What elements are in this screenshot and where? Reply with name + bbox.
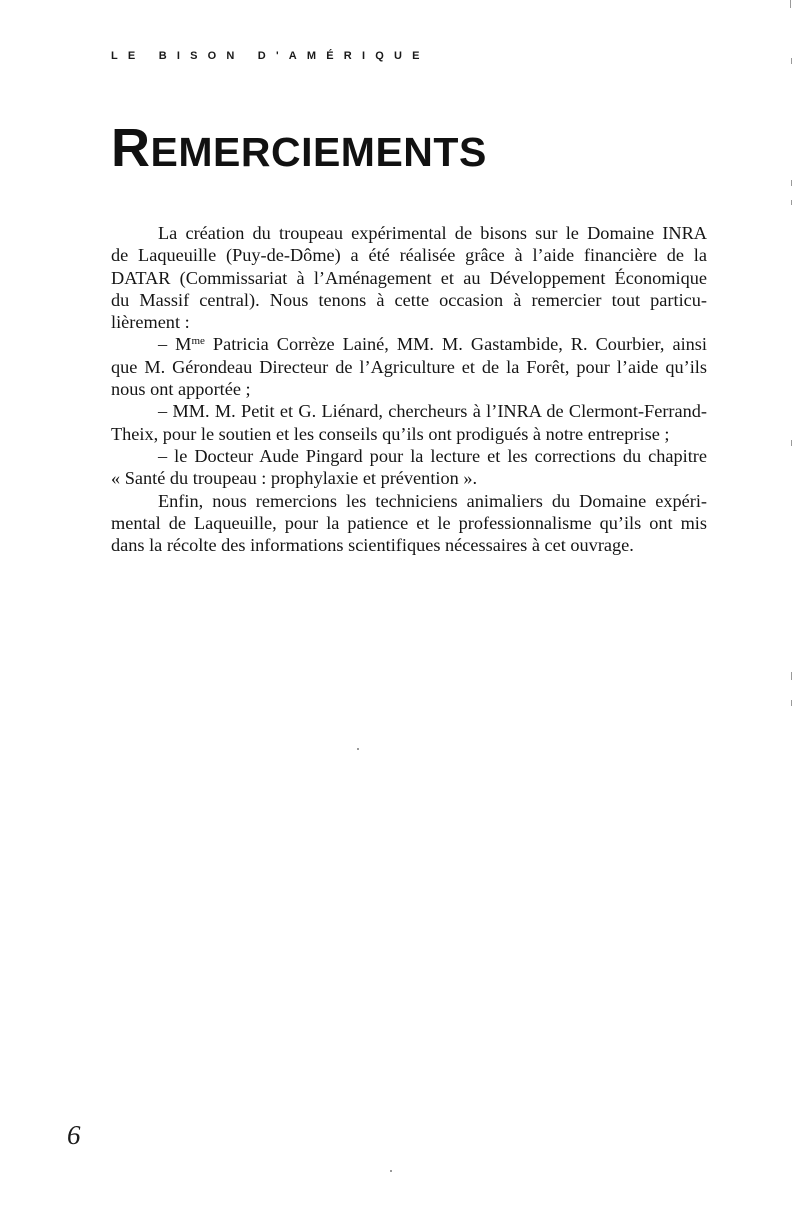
text-line: Theix, pour le soutien et les conseils q… <box>111 423 707 445</box>
scan-artifact <box>791 180 792 186</box>
running-header: LE BISON D'AMÉRIQUE <box>111 50 430 62</box>
scan-artifact <box>791 58 792 64</box>
text-line: DATAR (Commissariat à l’Aménagement et a… <box>111 267 707 289</box>
acknowledgements-body: La création du troupeau expérimental de … <box>111 222 707 556</box>
paragraph-funding: La création du troupeau expérimental de … <box>111 222 707 333</box>
thanks-item-doctor: – le Docteur Aude Pingard pour la lectur… <box>111 445 707 490</box>
scan-artifact <box>791 200 792 205</box>
text-line: « Santé du troupeau : prophylaxie et pré… <box>111 467 707 489</box>
text-line: La création du troupeau expérimental de … <box>111 222 707 244</box>
scan-artifact <box>790 0 791 8</box>
chapter-title-initial: R <box>111 118 151 178</box>
text-line: dans la récolte des informations scienti… <box>111 534 707 556</box>
text-line: du Massif central). Nous tenons à cette … <box>111 289 707 311</box>
item-dash-prefix: – M <box>158 334 191 354</box>
page-number: 6 <box>67 1120 81 1151</box>
paragraph-technicians: Enfin, nous remercions les techniciens a… <box>111 490 707 557</box>
chapter-title: REMERCIEMENTS <box>111 121 487 175</box>
text-line: – MM. M. Petit et G. Liénard, chercheurs… <box>111 400 707 422</box>
text-line: que M. Gérondeau Directeur de l’Agricult… <box>111 356 707 378</box>
chapter-title-rest: EMERCIEMENTS <box>151 129 487 175</box>
thanks-item-researchers: – MM. M. Petit et G. Liénard, chercheurs… <box>111 400 707 445</box>
superscript-me: me <box>191 335 204 347</box>
text-line: nous ont apportée ; <box>111 378 707 400</box>
scan-artifact <box>357 748 359 750</box>
scan-artifact <box>791 440 792 446</box>
thanks-item-officials: – Mme Patricia Corrèze Lainé, MM. M. Gas… <box>111 333 707 400</box>
text-line: – Mme Patricia Corrèze Lainé, MM. M. Gas… <box>111 333 707 355</box>
item-first-line-rest: Patricia Corrèze Lainé, MM. M. Gastambid… <box>205 334 707 354</box>
scan-artifact <box>791 700 792 706</box>
scan-artifact <box>791 672 792 680</box>
scan-artifact <box>390 1170 392 1172</box>
text-line: mental de Laqueuille, pour la patience e… <box>111 512 707 534</box>
text-line: lièrement : <box>111 311 707 333</box>
text-line: – le Docteur Aude Pingard pour la lectur… <box>111 445 707 467</box>
text-line: Enfin, nous remercions les techniciens a… <box>111 490 707 512</box>
text-line: de Laqueuille (Puy-de-Dôme) a été réalis… <box>111 244 707 266</box>
